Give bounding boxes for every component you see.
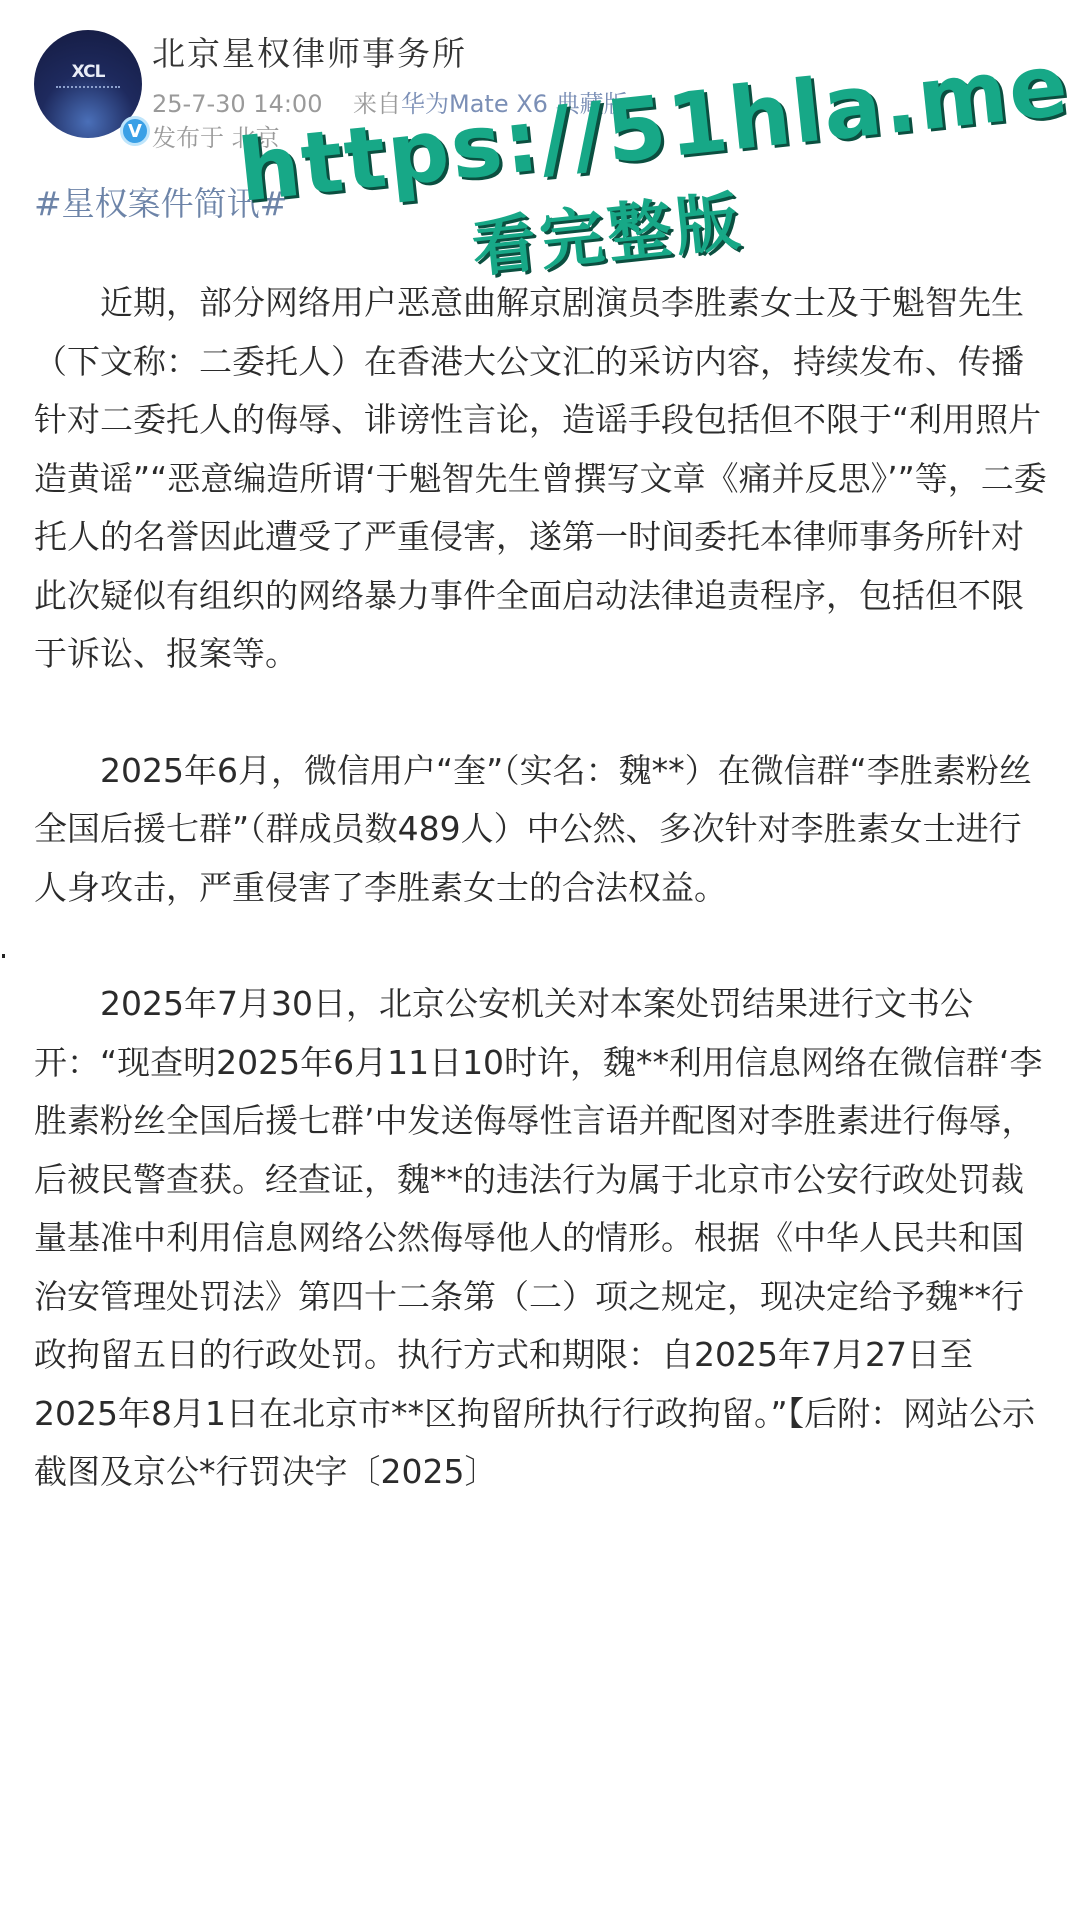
post-header: XCL V 北京星权律师事务所 25-7-30 14:00 来自华为Mate X… <box>0 0 1080 240</box>
post-paragraph: 近期，部分网络用户恶意曲解京剧演员李胜素女士及于魁智先生（下文称：二委托人）在香… <box>34 274 1050 684</box>
post-paragraph: 2025年6月，微信用户“奎”（实名：魏**）在微信群“李胜素粉丝全国后援七群”… <box>34 742 1050 918</box>
hashtag-link[interactable]: #星权案件简讯# <box>34 178 287 225</box>
post-meta: 25-7-30 14:00 来自华为Mate X6 典藏版 <box>152 84 628 119</box>
verified-badge-icon: V <box>120 116 150 146</box>
post-source-prefix: 来自 <box>353 90 401 118</box>
post-datetime: 25-7-30 14:00 <box>152 90 322 118</box>
avatar-logo-subline <box>56 86 120 90</box>
author-avatar[interactable]: XCL V <box>34 30 142 138</box>
post-source-device[interactable]: 华为Mate X6 典藏版 <box>401 90 628 118</box>
post-paragraph: 2025年7月30日，北京公安机关对本案处罚结果进行文书公开：“现查明2025年… <box>34 975 1050 1502</box>
stray-dot <box>2 954 5 958</box>
post-body: 近期，部分网络用户恶意曲解京剧演员李胜素女士及于魁智先生（下文称：二委托人）在香… <box>34 274 1050 1502</box>
author-name[interactable]: 北京星权律师事务所 <box>152 28 467 75</box>
avatar-logo-text: XCL <box>52 62 124 82</box>
post-location: 发布于 北京 <box>152 118 280 153</box>
